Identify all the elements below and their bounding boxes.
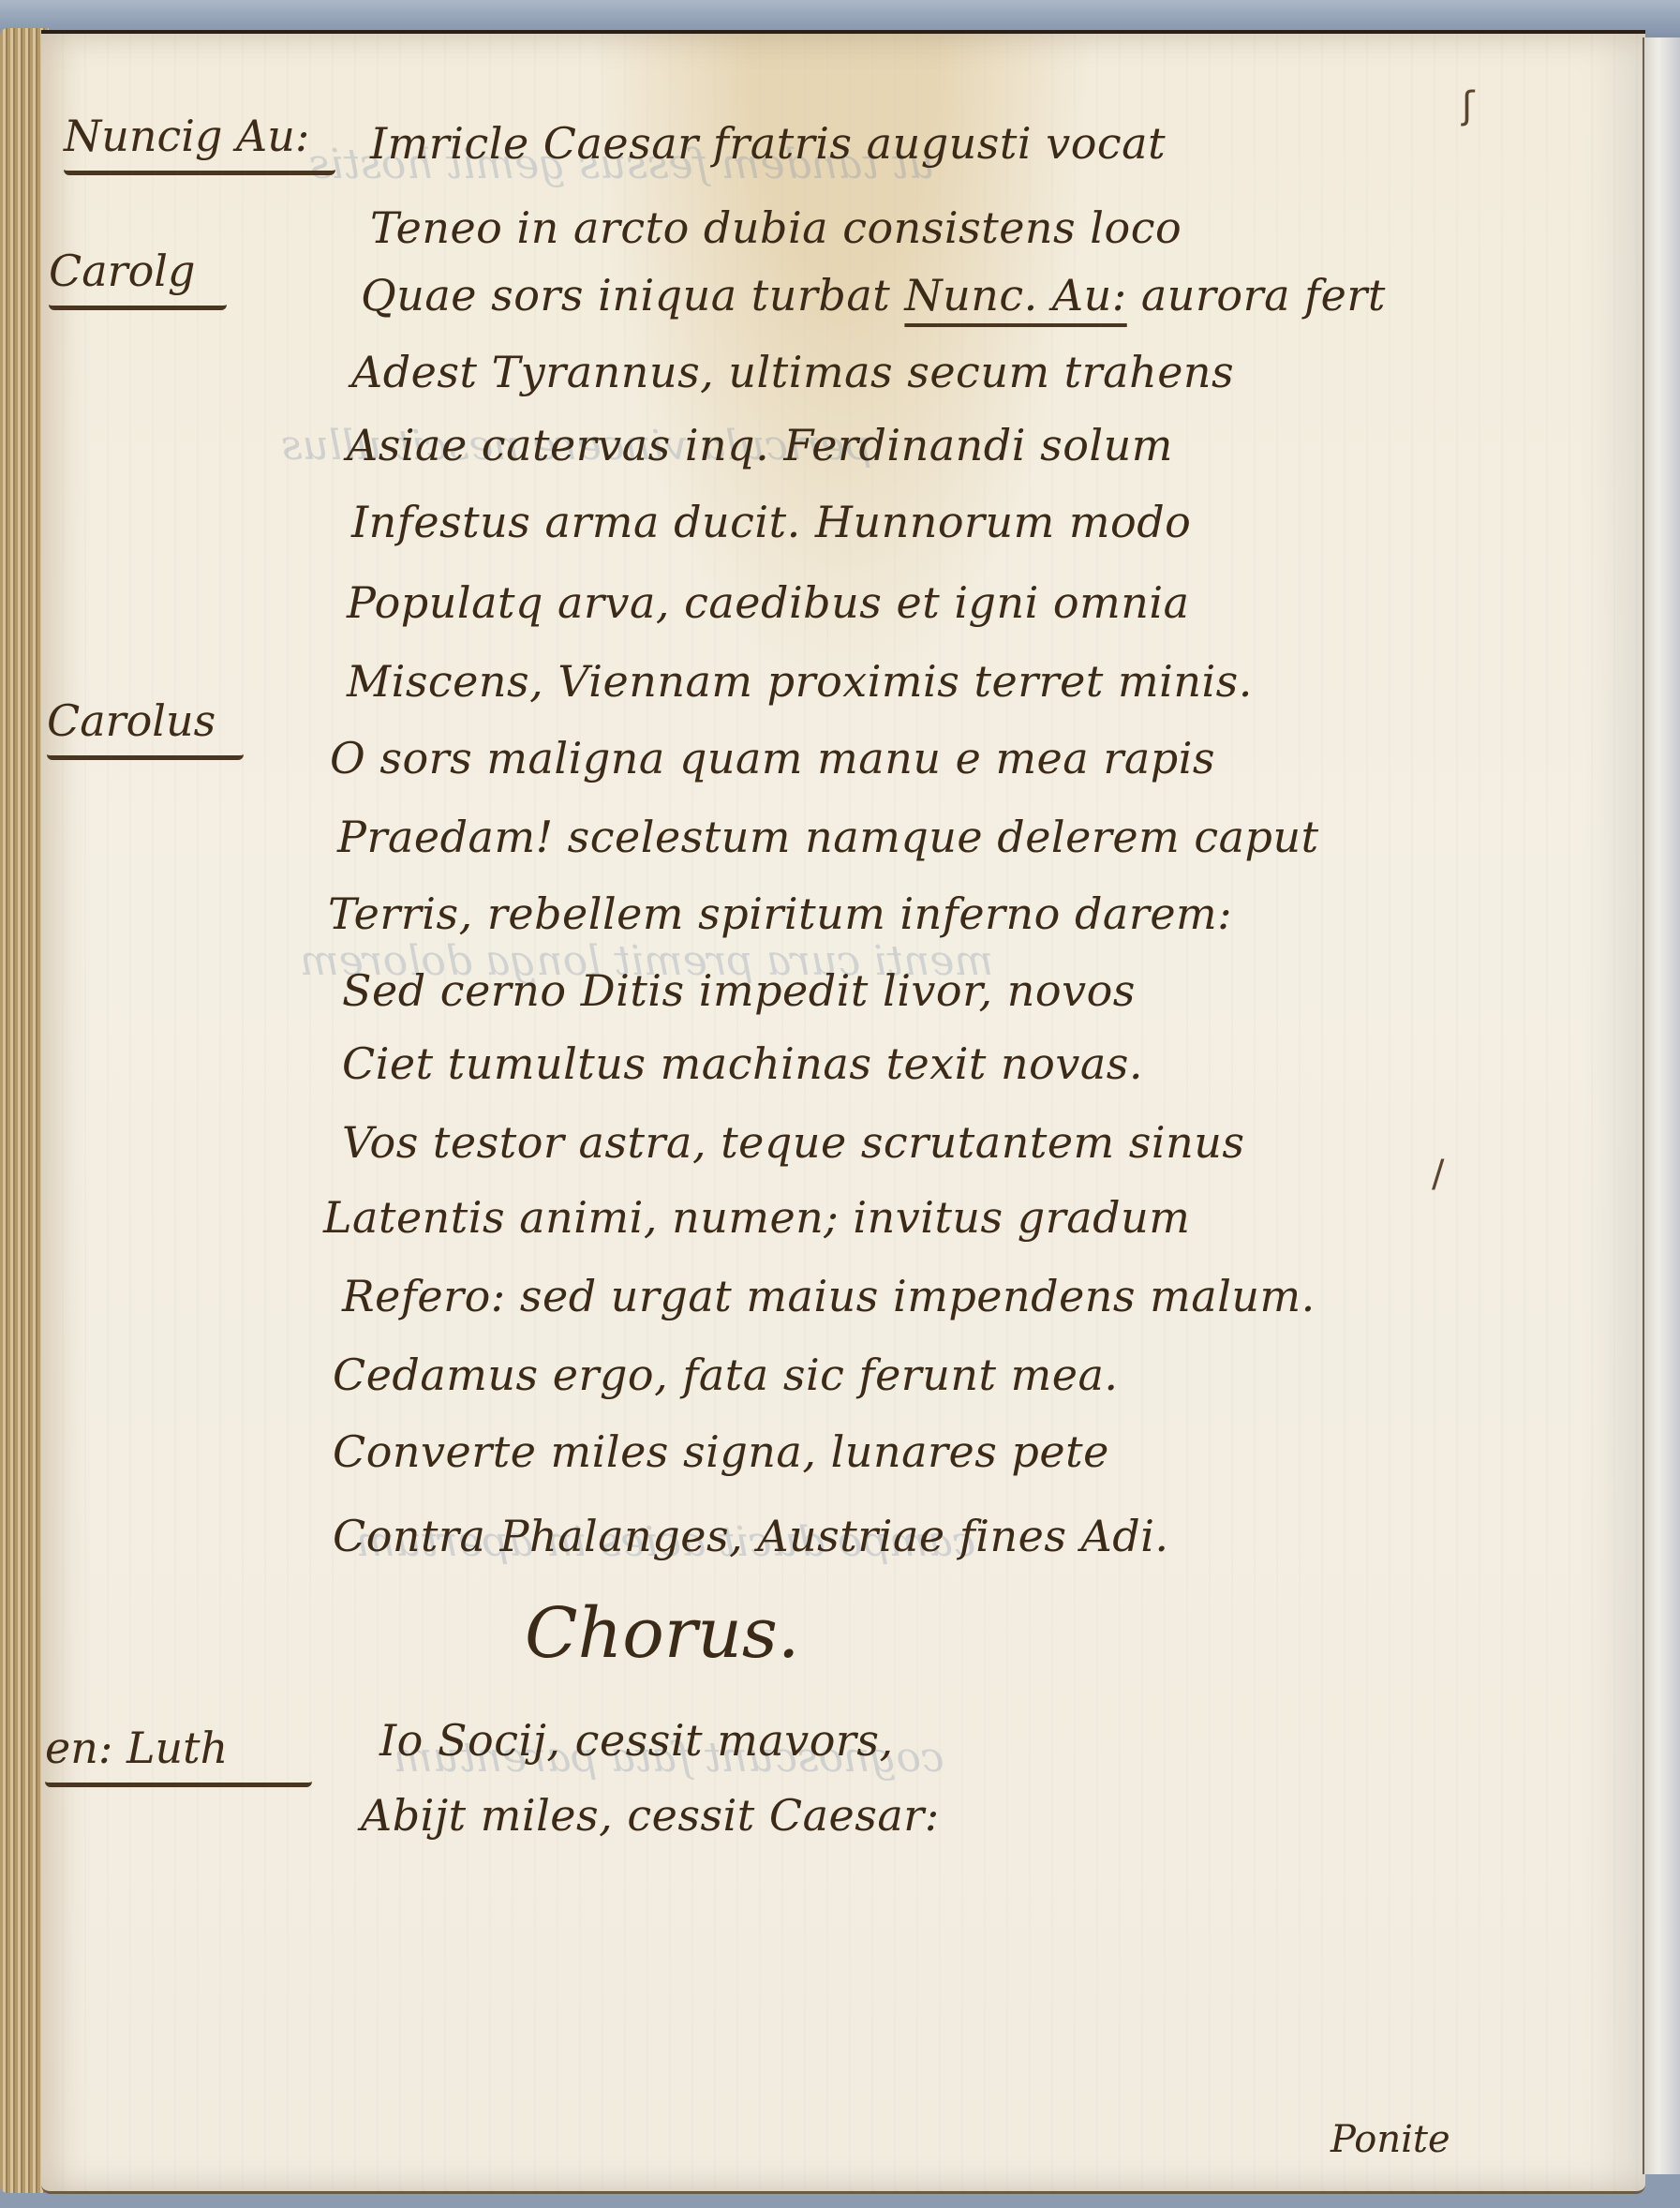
speaker-label-nuncius: Nuncig Au: — [64, 111, 335, 175]
verse-line: Ciet tumultus machinas texit novas. — [342, 1038, 1143, 1089]
catchword: Ponite — [1331, 2118, 1450, 2161]
verse-line: Latentis animi, numen; invitus gradum — [323, 1192, 1190, 1243]
verse-line: Praedam! scelestum namque delerem caput — [337, 812, 1319, 862]
chorus-line: Io Socij, cessit mavors, — [379, 1715, 894, 1766]
verse-line: Converte miles signa, lunares pete — [333, 1426, 1109, 1477]
verse-line: Imricle Caesar fratris augusti vocat — [370, 118, 1166, 169]
verse-line: Asiae catervas inq. Ferdinandi solum — [347, 420, 1173, 470]
chorus-line: Abijt miles, cessit Caesar: — [361, 1790, 940, 1841]
verse-line: Populatq arva, caedibus et igni omnia — [347, 577, 1190, 628]
verse-line: Infestus arma ducit. Hunnorum modo — [351, 497, 1191, 547]
inline-speaker-label: Nunc. Au: — [904, 270, 1126, 321]
verse-text: Quae sors iniqua turbat — [361, 270, 890, 321]
margin-mark: ʃ — [1462, 84, 1474, 127]
verse-text: aurora fert — [1141, 270, 1386, 321]
verse-line: Adest Tyrannus, ultimas secum trahens — [351, 347, 1234, 397]
verse-line: Vos testor astra, teque scrutantem sinus — [342, 1117, 1244, 1168]
verse-line: Quae sors iniqua turbat Nunc. Au: aurora… — [361, 270, 1386, 321]
verse-line: Teneo in arcto dubia consistens loco — [370, 202, 1182, 253]
margin-mark: / — [1432, 1153, 1444, 1196]
facing-page-edge — [1643, 37, 1680, 2174]
chorus-heading: Chorus. — [525, 1593, 799, 1674]
verse-line: Contra Phalanges, Austriae fines Adi. — [333, 1511, 1169, 1561]
verse-line: Miscens, Viennam proximis terret minis. — [347, 656, 1253, 707]
verse-line: Terris, rebellem spiritum inferno darem: — [328, 888, 1232, 939]
verse-line: O sors maligna quam manu e mea rapis — [330, 733, 1215, 783]
speaker-label-carolus: Carolg — [49, 246, 227, 310]
speaker-label-carolus: Carolus — [47, 695, 244, 760]
verse-line: Cedamus ergo, fata sic ferunt mea. — [333, 1350, 1119, 1400]
verse-line: Refero: sed urgat maius impendens malum. — [342, 1271, 1316, 1321]
speaker-label-gen-luth: en: Luth — [45, 1723, 312, 1787]
verse-line: Sed cerno Ditis impedit livor, novos — [342, 965, 1136, 1016]
